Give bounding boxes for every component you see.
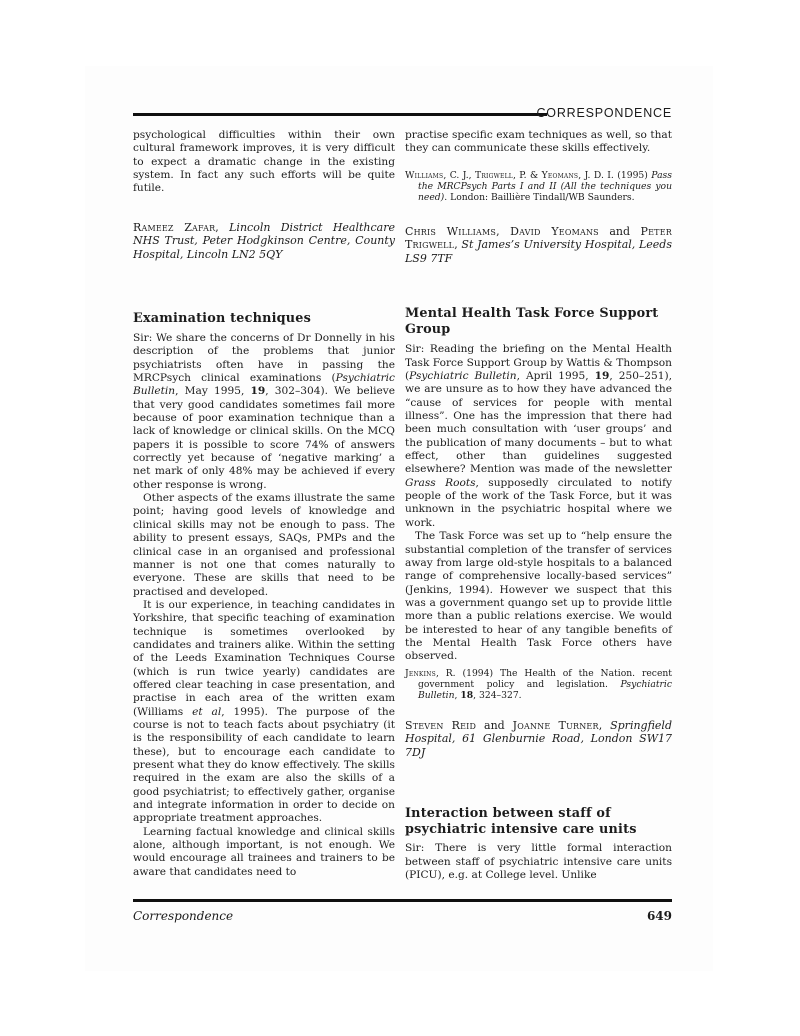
column-left: psychological difficulties within their … — [133, 129, 395, 882]
exam-paragraph-3: It is our experience, in teaching candid… — [133, 599, 395, 826]
running-head-title: CORRESPONDENCE — [536, 106, 672, 120]
heading-examination-techniques: Examination techniques — [133, 311, 395, 327]
taskforce-paragraph-2: The Task Force was set up to “help ensur… — [405, 530, 672, 663]
column-right: practise specific exam techniques as wel… — [405, 129, 672, 882]
signature-williams: Chris Williams, David Yeomans and Peter … — [405, 225, 672, 266]
reference-jenkins: Jenkins, R. (1994) The Health of the Nat… — [405, 668, 672, 702]
footer-rule — [133, 899, 672, 902]
exam-paragraph-1: Sir: We share the concerns of Dr Donnell… — [133, 332, 395, 492]
footer-page-number: 649 — [647, 909, 672, 923]
exam-paragraph-2: Other aspects of the exams illustrate th… — [133, 492, 395, 599]
taskforce-paragraph-1: Sir: Reading the briefing on the Mental … — [405, 343, 672, 530]
exam-paragraph-4: Learning factual knowledge and clinical … — [133, 826, 395, 879]
signature-zafar: Rameez Zafar, Lincoln District Healthcar… — [133, 221, 395, 262]
footer-journal-title: Correspondence — [133, 909, 233, 923]
header-rule — [133, 113, 547, 116]
paragraph-continuation-right: practise specific exam techniques as wel… — [405, 129, 672, 156]
paragraph-continuation-left: psychological difficulties within their … — [133, 129, 395, 196]
signature-reid: Steven Reid and Joanne Turner, Springfie… — [405, 719, 672, 760]
heading-picu-interaction: Interaction between staff of psychiatric… — [405, 806, 672, 837]
text-columns: psychological difficulties within their … — [133, 129, 672, 882]
picu-paragraph-1: Sir: There is very little formal interac… — [405, 842, 672, 882]
reference-williams: Williams, C. J., Trigwell, P. & Yeomans,… — [405, 170, 672, 204]
journal-page: CORRESPONDENCE psychological difficultie… — [85, 66, 713, 971]
heading-mental-health-task-force: Mental Health Task Force Support Group — [405, 306, 672, 337]
